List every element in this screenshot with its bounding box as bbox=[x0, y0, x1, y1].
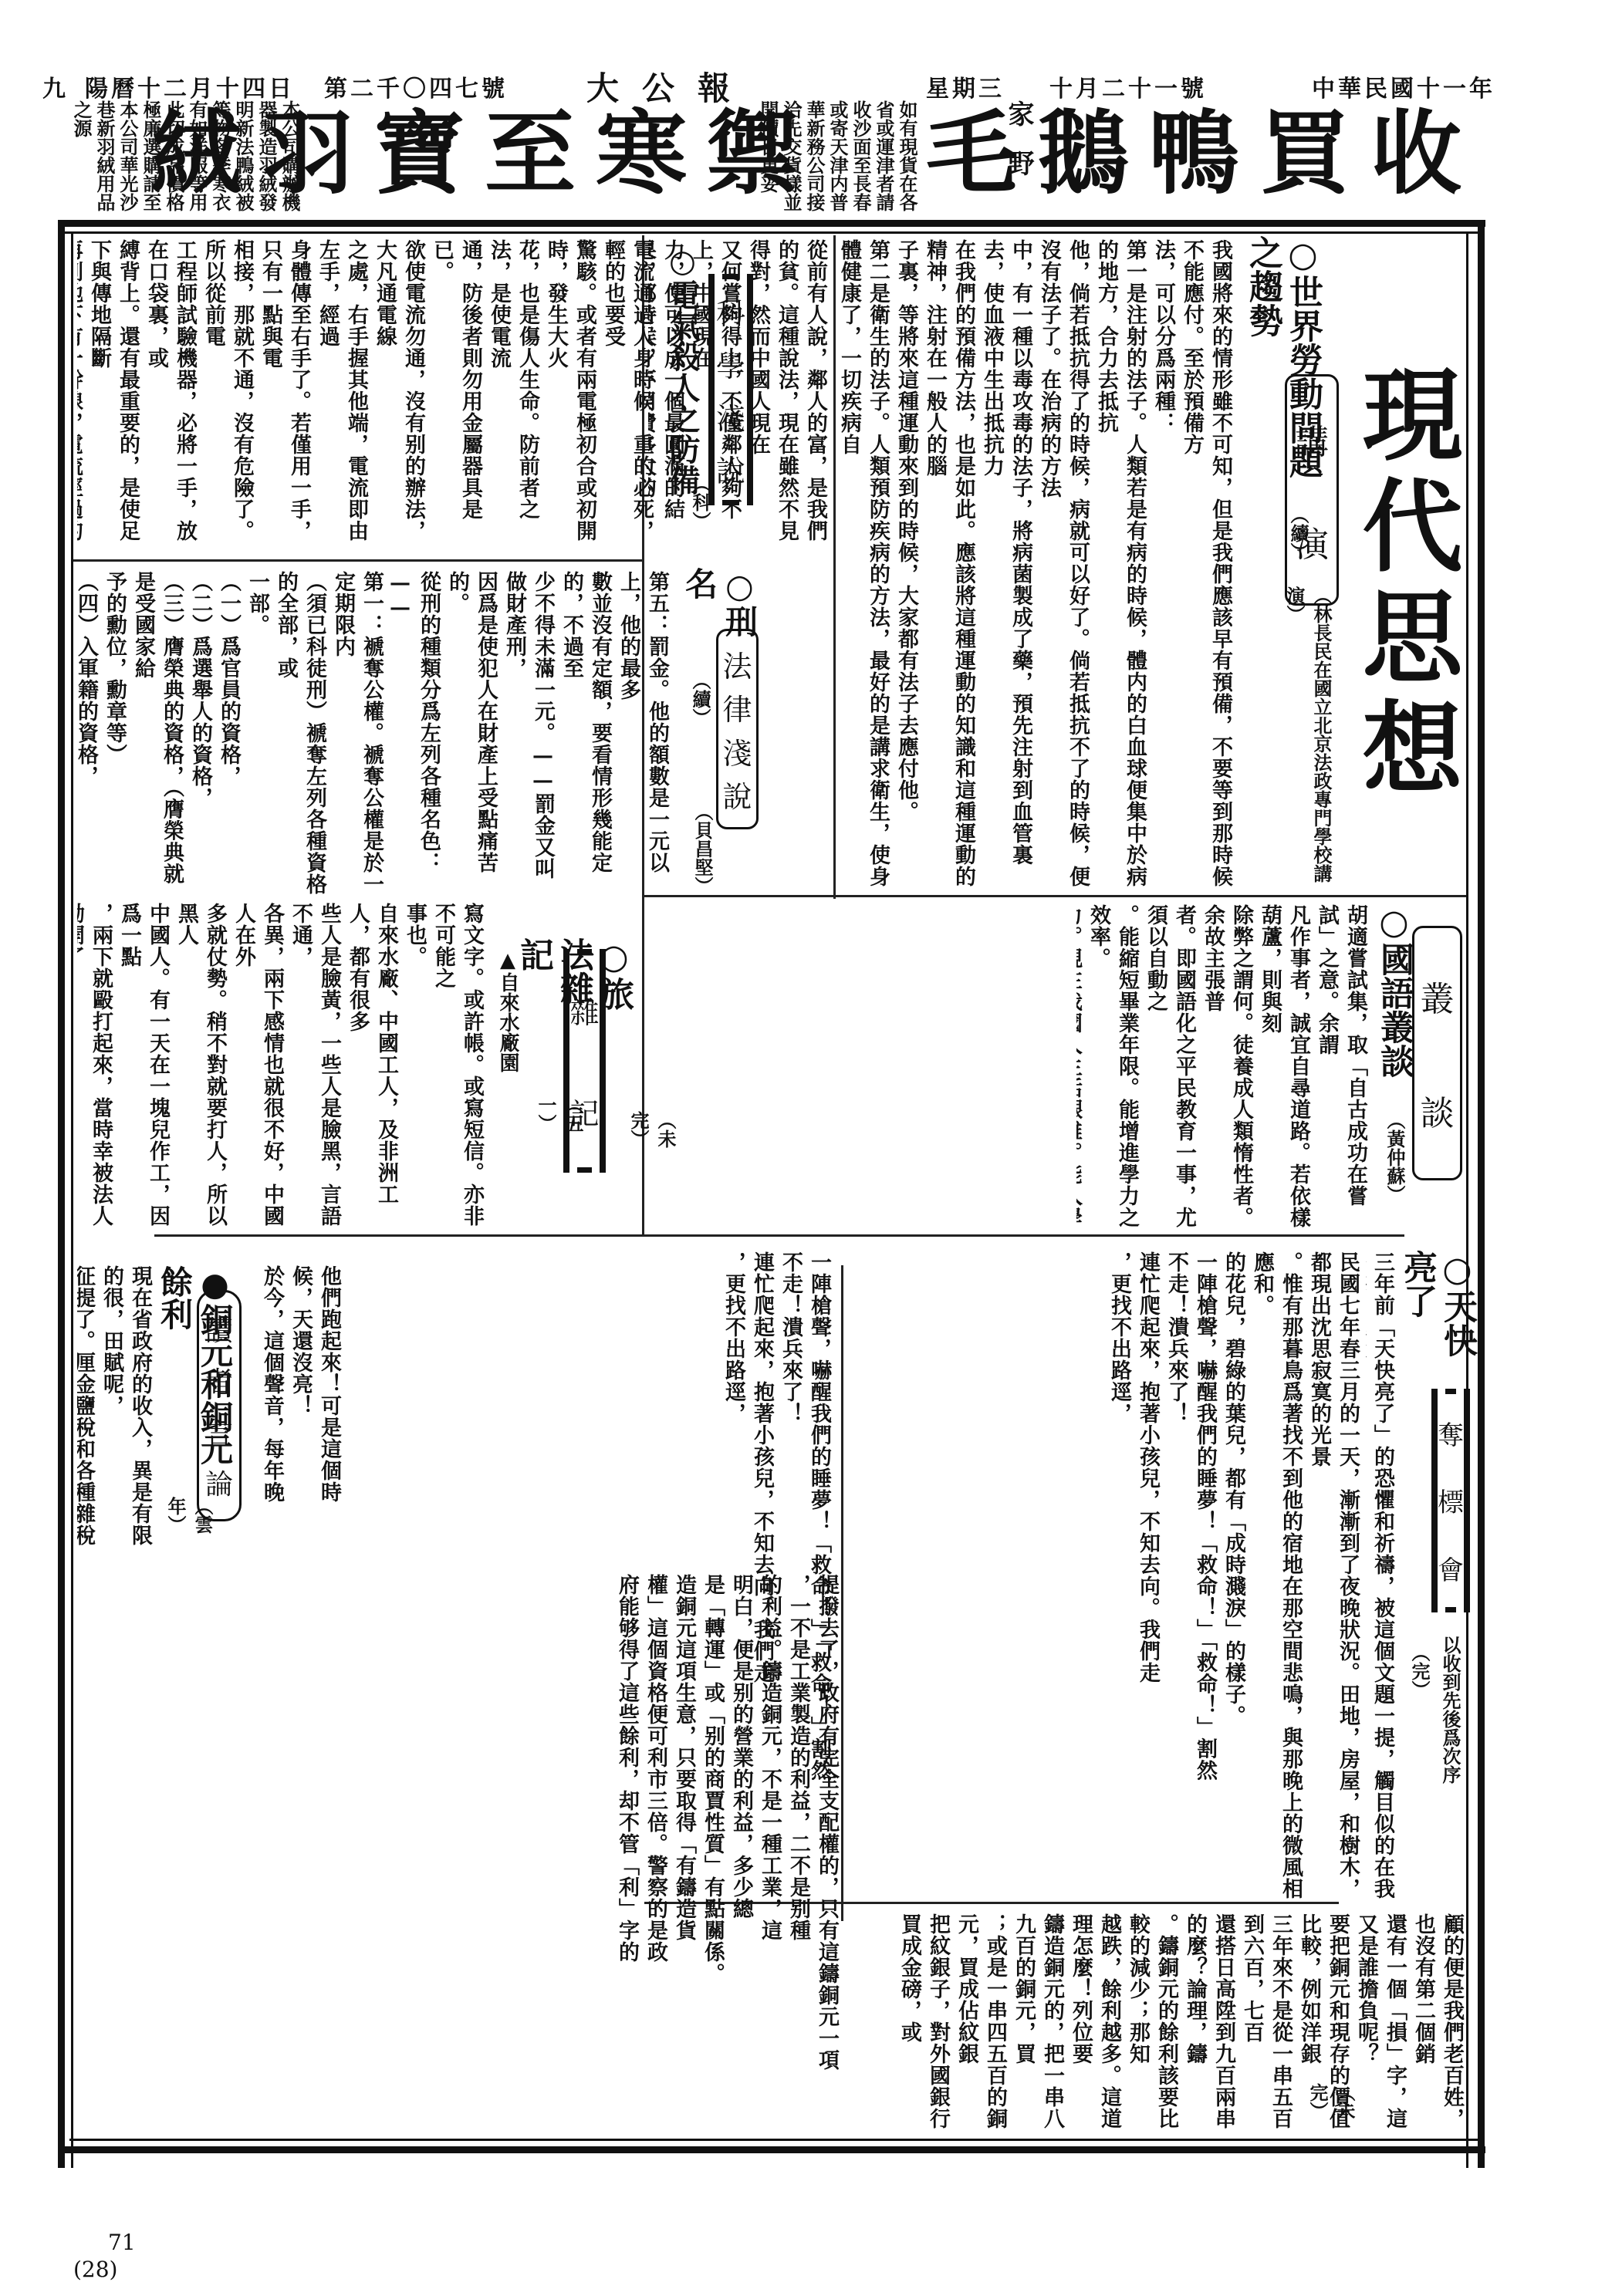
frame-left-heavy bbox=[58, 224, 65, 2168]
para-15: 還搭日高陞到九百兩串的麼？論理，鑄 bbox=[1181, 1913, 1238, 2137]
article-title-world-labor: ○世界勞動問題之趨勢 bbox=[1242, 235, 1323, 490]
para-7: 是「轉運」或「别的商賈性質」有點關係。 bbox=[698, 1574, 727, 2137]
header-lunar-date: 十月二十一號 bbox=[1049, 69, 1207, 103]
para-5: 各異，兩下感情也就很不好，中國人在外 bbox=[229, 903, 286, 1227]
footer-page-number: 71 bbox=[108, 2230, 136, 2255]
para-19: ；或是一串四五百的銅元，買成佔紋銀 bbox=[952, 1913, 1009, 2137]
box-science-char-3: 淺 bbox=[716, 395, 745, 437]
part-number-miscellany: （五一） bbox=[532, 1096, 586, 1150]
contest-note: 以收到先後爲次序 bbox=[1437, 1636, 1464, 1867]
para-7: ，更找不出路逕， bbox=[1105, 1251, 1134, 1899]
thin-rule-top bbox=[58, 231, 1482, 234]
header-issue-number: 第二千〇四七號 bbox=[324, 69, 508, 103]
box-contest-char-2: 標 bbox=[1438, 1481, 1464, 1519]
subtitle-waterworks: ▲自來水廠園 bbox=[494, 949, 522, 1088]
para-1: 電流通過人身時候，重的必死，輕的也要受 bbox=[599, 239, 656, 555]
para-6: 之處，右手握其他端，電流即由左手，經過 bbox=[313, 239, 370, 555]
section-masthead-modern-thought: 現代思想 bbox=[1354, 363, 1455, 864]
divider-science-law bbox=[73, 559, 644, 562]
frame-right-heavy bbox=[1478, 224, 1485, 2168]
box-science-char-2: 學 bbox=[716, 343, 745, 385]
para-6: 明白，便是别的營業的利益，多少總 bbox=[727, 1574, 755, 2137]
para-18: 鑄造銅元的，把一串八九百的銅元，買 bbox=[1009, 1913, 1066, 2137]
para-8: 第二是衛生的法子。人類預防疾病的方法，最好的是講求衛生，使身體健康了，一切疾病自 bbox=[841, 239, 892, 887]
box-contest-label: 奪 標 會 bbox=[1431, 1389, 1470, 1612]
ad-duck-headline-small: 家野 bbox=[1000, 100, 1038, 208]
article-title-penalties: ○刑名 bbox=[679, 567, 759, 660]
article-body-travel-france: 寫文字。或許帳。或寫短信。亦非不可能之 事也。 自來水廠、中國工人，及非洲工人，… bbox=[77, 903, 486, 1227]
box-science-char-4: 說 bbox=[716, 447, 745, 490]
para-4: 因爲是使犯人在財產上受點痛苦的。 bbox=[443, 571, 500, 895]
thin-rule-bottom bbox=[69, 2139, 1482, 2141]
continued-mark-labor: （續） bbox=[1285, 505, 1312, 536]
para-4: 他，倘若抵抗得了的時候，病就可以好了。倘若抵抗不了的時候，便沒有法子了。在治病的… bbox=[1035, 239, 1092, 887]
end-mark-readers: （未完） bbox=[1304, 2083, 1358, 2137]
para-3: 花，也是傷人生命。防前者之法，是使電流 bbox=[485, 239, 542, 555]
para-9: 於今，這個聲音，每年晚時候，總要到我耳邊 bbox=[262, 1265, 286, 1520]
para-9: 權」這個資格便可利市三倍。警察的是政 bbox=[641, 1574, 670, 2137]
para-12: 還有一個「損」字，這又是誰擔負呢？ bbox=[1352, 1913, 1409, 2137]
heavy-rule-top bbox=[58, 220, 1485, 227]
para-2: 凡作事者，誠宜自尋道路。若依樣葫蘆，則與刻 bbox=[1255, 904, 1313, 1228]
para-16: 。鑄銅元的餘利該要比較的減少；那知 bbox=[1124, 1913, 1181, 2137]
para-11: 顧的便是我們老百姓，也沒有第二個銷 bbox=[1409, 1913, 1466, 2137]
para-5: 。能縮短畢業年限。能增進學力之效率。 bbox=[1084, 904, 1141, 1228]
para-17: 越跌，餘利越多。這道理怎麼！列位要 bbox=[1066, 1913, 1124, 2137]
para-7: 子裏，等將來這種運動來到的時候，大家都有法子去應付他。 bbox=[892, 239, 921, 887]
column-divider-readers bbox=[841, 1265, 843, 1921]
article-body-copper-coins-right: 顧的便是我們老百姓，也沒有第二個銷 還有一個「損」字，這又是誰擔負呢？ 要把銅元… bbox=[849, 1913, 1466, 2137]
para-8: ，兩下就毆打起來，當時幸被法人勸開了 bbox=[77, 903, 115, 1227]
para-3: 提撥去了，政府有完全支配權的，只有這鑄銅元一項 bbox=[813, 1574, 841, 2137]
box-law-char-3: 淺 bbox=[722, 730, 752, 772]
ad-duck-body: 如有現貨在各省或運津者請收沙面至長春或寄天津内普華新務公司接洽先交貨樣並開價目更… bbox=[803, 100, 918, 216]
author-note-labor: （林長民在國立北京法政專門學校講演） bbox=[1281, 586, 1335, 895]
heavy-rule-bottom bbox=[62, 2146, 1485, 2153]
box-contest-char-3: 會 bbox=[1438, 1549, 1464, 1587]
header-western-date: 陽曆十二月十四日 bbox=[85, 69, 295, 103]
para-14: 三年來不是從一串五百到六百，七百 bbox=[1238, 1913, 1295, 2137]
para-1: 寫文字。或許帳。或寫短信。亦非不可能之 bbox=[429, 903, 486, 1227]
para-4: 一陣槍聲，嚇醒我們的睡夢！「救命！」「救命！」割然 bbox=[1191, 1251, 1219, 1899]
para-4: 些人是臉黃，一些人是臉黑，言語不通， bbox=[286, 903, 343, 1227]
para-6: 連忙爬起來，抱著小孩兒，不知去向。我們走 bbox=[1134, 1251, 1162, 1899]
para-6: 多就仗勢。稍不對就要打人，所以黑人 bbox=[172, 903, 229, 1227]
header-weekday: 星期三 bbox=[926, 69, 1005, 103]
header-page-label: 九 bbox=[42, 69, 69, 103]
para-10: （二）爲選舉人的資格， bbox=[186, 571, 215, 895]
para-5: 中，有一種以毒攻毒的法子，將病菌製成了藥，預先注射到血管裏去，使血液中生出抵抗力 bbox=[978, 239, 1035, 887]
para-2: 法，可以分爲兩種： bbox=[1149, 239, 1178, 887]
para-8: 他們跑起來！可是這個時候，天還沒亮！ bbox=[286, 1265, 343, 1520]
para-12: 予的勳位，勳章等） bbox=[100, 571, 129, 895]
para-11: 再則地下有一幹線，電流經過的上面，因 bbox=[77, 239, 85, 555]
para-5: 不走！潰兵來了！ bbox=[1162, 1251, 1191, 1899]
para-2: 驚駭。或者有兩電極初合或初開時，發生大火 bbox=[542, 239, 599, 555]
para-10: 縛背上。還有最重要的，是使足下與傳地隔斷 bbox=[85, 239, 142, 555]
para-5: 從刑的種類分爲左列各種名色：—— bbox=[386, 571, 443, 895]
para-9: 工程師試驗機器，必將一手，放在口袋裏，或 bbox=[142, 239, 199, 555]
para-13: （四）入軍籍的資格， bbox=[77, 571, 100, 895]
para-6: 第一：褫奪公權。褫奪公權是於一定期限内 bbox=[329, 571, 386, 895]
para-3: 自來水廠、中國工人，及非洲工人，都有很多 bbox=[343, 903, 400, 1227]
article-body-copper-coins-start: 現在省政府的收入，異是有限的很，田賦呢， 征提了。厘金鹽稅和各種雜稅呢，完全給軍… bbox=[77, 1265, 154, 1558]
para-2: 。惟有那暮鳥爲著找不到他的宿地在那空間悲鳴，與那晚上的微風相應和。 bbox=[1248, 1251, 1305, 1899]
article-title-travel-france: ○旅法雜記 bbox=[513, 937, 634, 1038]
para-7: 身體傳至右手了。若僅用一手，只有一點與電 bbox=[256, 239, 313, 555]
para-6: 在我們的預備方法，也是如此。應該將這種運動的知識和這種運動的精神，注射在一般人的… bbox=[921, 239, 978, 887]
ad-down-body: 本公司購辦機器製造羽絨發明新法鴨絨被等物冬季寒衣有如洋服等用此切成品價格極廉選購… bbox=[77, 100, 301, 216]
para-7: （須已科徒刑）褫奪左列各種資格的全部，或 bbox=[272, 571, 329, 895]
author-readers: （雲年） bbox=[162, 1497, 216, 1551]
box-discussion-char-2: 談 bbox=[1421, 1086, 1455, 1135]
author-science: （科） bbox=[687, 474, 714, 536]
article-title-copper-coins: ●銅元和銅元餘利 bbox=[154, 1265, 235, 1481]
box-law-char-4: 說 bbox=[722, 773, 752, 815]
para-3: 的花兒，碧綠的葉兒，都有「成時濺淚」的樣子。 bbox=[1219, 1251, 1248, 1899]
article-title-dawn: ○天快亮了 bbox=[1397, 1250, 1477, 1389]
para-1: 第五：罰金。他的額數是一元以上，他的最多 bbox=[614, 571, 671, 895]
para-20: 把紋銀子，對外國銀行買成金磅，或 bbox=[895, 1913, 952, 2137]
continued-mark-law: （續） bbox=[687, 671, 714, 717]
para-6: 力。現在我國人生活艱難。能入學一年半載。即 bbox=[1076, 904, 1084, 1228]
box-discussion-label: 叢 談 bbox=[1412, 926, 1462, 1180]
frame-right-thin bbox=[1466, 231, 1468, 2168]
ad-down-feathers: 禦寒至寶羽絨 本公司購辦機器製造羽絨發明新法鴨絨被等物冬季寒衣有如洋服等用此切成… bbox=[46, 100, 818, 208]
divider-middle bbox=[154, 1234, 1404, 1237]
para-1: 民國七年春三月的一天，漸漸到了夜晚狀況。田地，房屋，和樹木，都現出沈思寂寞的光景 bbox=[1305, 1251, 1362, 1899]
box-science-char-1: 科 bbox=[716, 290, 745, 333]
end-mark-discussion: （未完） bbox=[625, 1111, 679, 1173]
para-2: 征提了。厘金鹽稅和各種雜稅呢，完全給軍隊 bbox=[77, 1265, 97, 1558]
para-1: 胡適嘗試集，取「自古成功在嘗試」之意。余謂 bbox=[1313, 904, 1370, 1228]
article-body-penalties: 第五：罰金。他的額數是一元以上，他的最多 數並沒有定額，要看情形幾能定的，不過至… bbox=[77, 571, 671, 895]
ad-duck-feathers: 收買鴨鵝毛 家野 如有現貨在各省或運津者請收沙面至長春或寄天津内普華新務公司接洽… bbox=[803, 100, 1482, 208]
para-1: 我國將來的情形雖不可知，但是我們應該早有預備，不要等到那時候不能應付。至於預備方 bbox=[1178, 239, 1235, 887]
para-2: 數並沒有定額，要看情形幾能定的，不過至 bbox=[557, 571, 614, 895]
article-body-dawn: 民國七年春三月的一天，漸漸到了夜晚狀況。田地，房屋，和樹木，都現出沈思寂寞的光景… bbox=[849, 1251, 1362, 1899]
para-4: 通，防後者則勿用金屬器具是已。 bbox=[427, 239, 485, 555]
para-10: 府能够得了這些餘利，却不管「利」字的 bbox=[613, 1574, 641, 2137]
para-4: ，一不是工業製造的利益，二不是别種 bbox=[784, 1574, 813, 2137]
box-law-char-2: 律 bbox=[722, 686, 752, 728]
article-body-electricity: 電流通過人身時候，重的必死，輕的也要受 驚駭。或者有兩電極初合或初開時，發生大火… bbox=[77, 239, 656, 555]
divider-upper-lower bbox=[644, 895, 1466, 897]
article-body-mandarin: 胡適嘗試集，取「自古成功在嘗試」之意。余謂 凡作事者，誠宜自尋道路。若依樣葫蘆，… bbox=[1076, 904, 1370, 1228]
box-science-label: 科 學 淺 說 bbox=[708, 274, 753, 505]
frame-left-thin bbox=[71, 231, 73, 2168]
para-8: 一部。 bbox=[243, 571, 272, 895]
para-7: 中國人。有一天在一塊兒作工，因爲一點 bbox=[115, 903, 172, 1227]
subtitle-dawn: 三年前「天快亮了」的恐懼和祈禱，被這個文題一提，觸目似的在我腦海中起伏。 bbox=[1366, 1251, 1397, 1899]
header-republic-year: 中華民國十一年 bbox=[1312, 69, 1495, 103]
para-8: 造銅元這項生意，只要取得「有鑄造貨 bbox=[670, 1574, 698, 2137]
para-4: 者。即國語化之平民教育一事，尤須以自動之 bbox=[1141, 904, 1198, 1228]
para-5: 欲使電流勿通，沒有别的辦法，大凡通電線 bbox=[370, 239, 427, 555]
article-body-world-labor: 我國將來的情形雖不可知，但是我們應該早有預備，不要等到那時候不能應付。至於預備方… bbox=[841, 239, 1235, 887]
para-3: 除弊之謂何。徒養成人類惰性者。余故主張普 bbox=[1198, 904, 1255, 1228]
para-3: 少不得未滿一元。——罰金又叫做財產刑， bbox=[500, 571, 557, 895]
para-9: （一）爲官員的資格， bbox=[215, 571, 243, 895]
para-1: 現在省政府的收入，異是有限的很，田賦呢， bbox=[97, 1265, 154, 1558]
author-discussion: （黃仲蘇） bbox=[1381, 1111, 1408, 1204]
para-11: （三）膺榮典的資格，（膺榮典就是受國家給 bbox=[129, 571, 186, 895]
article-body-dawn-ending: 他們跑起來！可是這個時候，天還沒亮！ 於今，這個聲音，每年晚時候，總要到我耳邊 … bbox=[262, 1265, 343, 1520]
para-3: 第一是注射的法子。人類若是有病的時候，體内的白血球便集中於病的地方，合力去抵抗 bbox=[1092, 239, 1149, 887]
author-law: （貝昌堅） bbox=[689, 802, 716, 895]
article-body-copper-coins-lower: 提撥去了，政府有完全支配權的，只有這鑄銅元一項 ，一不是工業製造的利益，二不是别… bbox=[77, 1574, 841, 2137]
article-title-electricity: ○電氣殺人之防備 bbox=[662, 243, 702, 498]
article-title-mandarin: ○國語叢談 bbox=[1374, 903, 1414, 1103]
box-contest-char-1: 奪 bbox=[1438, 1414, 1464, 1452]
para-5: 的利益。鑄造銅元，不是一種工業，這 bbox=[755, 1574, 784, 2137]
box-discussion-char-1: 叢 bbox=[1421, 971, 1455, 1021]
end-mark-dawn: （完） bbox=[1406, 1643, 1433, 1690]
para-2: 事也。 bbox=[400, 903, 429, 1227]
para-8: 相接，那就不通，沒有危險了。所以從前電 bbox=[199, 239, 256, 555]
column-divider-modern bbox=[833, 235, 836, 899]
footer-page-code: (28) bbox=[73, 2257, 117, 2282]
para-14: 從前有人說，鄰人的富，是我們的貧。這種說法，現在雖然不見得對，然而中國人現在 bbox=[744, 239, 830, 555]
